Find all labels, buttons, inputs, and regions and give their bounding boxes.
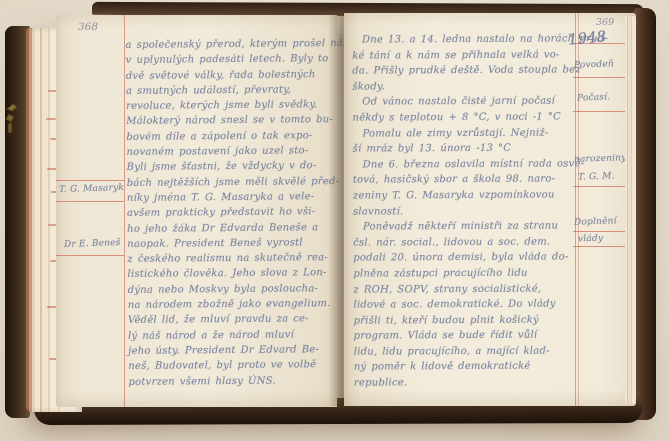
right-page: 369 1948 Povodeň Počasí. narozeniny T. G… (344, 13, 636, 406)
handwritten-line: novaném postavení jako uzel sto- (126, 143, 332, 160)
handwritten-line: dvě světové války, řada bolestných (126, 67, 332, 84)
handwritten-line: dýna nebo Moskvy byla posloucha- (128, 281, 334, 298)
margin-note-masaryk: T. G. Masaryk (59, 183, 124, 195)
handwritten-line: přišli ti, kteří budou plnit košický (354, 312, 576, 329)
handwritten-line: jeho ústy. President Dr Edvard Be- (128, 342, 334, 359)
margin-note-government-line2: vlády (578, 234, 604, 245)
handwritten-line: lý náš národ a že národ mluví (128, 327, 334, 344)
handwritten-line: Málokterý národ snesl se v tomto bu- (126, 113, 332, 130)
handwritten-line: naopak. President Beneš vyrostl (127, 235, 333, 252)
handwritten-line: někdy s teplotou + 8 °C, v noci -1 °C (352, 109, 574, 126)
handwritten-line: bách nejtěžších jsme měli skvělé před- (127, 174, 333, 191)
handwritten-line: republice. (354, 374, 576, 391)
handwritten-line: potvrzen všemi hlasy ÚNS. (128, 373, 334, 390)
left-page: 368 T. G. Masaryk Dr E. Beneš a společen… (56, 15, 337, 407)
handwritten-line: z českého realismu na skutečně rea- (127, 250, 333, 267)
handwritten-line: program. Vláda se bude řídit vůlí (354, 328, 576, 345)
handwritten-line: bovém díle a zápolení o tak expo- (126, 128, 332, 145)
red-ruling-tick (46, 118, 56, 120)
handwritten-line: a smutných událostí, převraty, (126, 82, 332, 99)
margin-section-line (56, 180, 124, 181)
right-page-text: Dne 13. a 14. ledna nastalo na horách pr… (352, 31, 576, 391)
handwritten-line: na národem zbožně jako evangelium. (128, 296, 334, 313)
handwritten-line: Od vánoc nastalo čisté jarní počasí (352, 94, 574, 111)
handwritten-line: ké tání a k nám se přihnala velká vo- (352, 47, 574, 64)
handwritten-line: Byli jsme šťastni, že vždycky v do- (127, 158, 333, 175)
handwritten-line: Dne 6. března oslavila místní rada osvě- (353, 156, 575, 173)
handwritten-line: níky jména T. G. Masaryka a vele- (127, 189, 333, 206)
handwritten-line: da. Přišly prudké deště. Voda stoupla be… (352, 63, 574, 80)
handwritten-line: avšem prakticky představit ho vši- (127, 204, 333, 221)
handwritten-line: listického člověka. Jeho slova z Lon- (127, 266, 333, 283)
handwritten-line: v uplynulých padesáti letech. Byly to (126, 51, 332, 68)
handwritten-line: ší mráz byl 13. února -13 °C (353, 141, 575, 158)
handwritten-line: zeniny T. G. Masaryka vzpomínkovou (353, 187, 575, 204)
margin-note-government-line1: Doplnění (574, 216, 617, 227)
margin-section-line (56, 201, 124, 202)
handwritten-line: slavností. (353, 203, 575, 220)
margin-section-line (56, 255, 124, 256)
handwritten-line: plněna zástupci pracujícího lidu (353, 265, 575, 282)
handwritten-line: Věděl lid, že mluví pravdu za ce- (128, 311, 334, 328)
handwritten-line: neš, Budovatel, byl proto ve volbě (128, 357, 334, 374)
margin-note-weather: Počasí. (577, 92, 611, 103)
book-cover-right-edge (634, 8, 656, 420)
handwritten-line: čsl. nár. social., lidovou a soc. dem. (353, 234, 575, 251)
left-page-text: a společenský přerod, kterým prošel nášv… (125, 36, 334, 390)
photo-open-chronicle-book: 368 T. G. Masaryk Dr E. Beneš a společen… (0, 0, 669, 441)
margin-note-benes: Dr E. Beneš (64, 238, 121, 250)
handwritten-line: ný poměr k lidově demokratické (354, 359, 576, 376)
handwritten-line: Poněvadž někteří ministři za stranu (353, 219, 575, 236)
metal-clasp-icon (3, 102, 19, 136)
handwritten-line: lidu, lidu pracujícího, a mající klad- (354, 343, 576, 360)
handwritten-line: a společenský přerod, kterým prošel náš (125, 36, 331, 53)
handwritten-line: ho jeho žáka Dr Edvarda Beneše a (127, 220, 333, 237)
handwritten-line: škody. (352, 78, 574, 95)
handwritten-line: lidové a soc. demokratické. Do vlády (353, 297, 575, 314)
handwritten-line: Pomalu ale zimy vzrůstají. Nejniž- (353, 125, 575, 142)
handwritten-line: z ROH, SOPV, strany socialistické, (353, 281, 575, 298)
margin-note-birthday-line2: T. G. M. (578, 171, 615, 182)
handwritten-line: tová, hasičský sbor a škola 98. naro- (353, 172, 575, 189)
handwritten-line: Dne 13. a 14. ledna nastalo na horách pr… (352, 31, 574, 48)
right-page-fore-edge (625, 16, 636, 404)
left-page-number: 368 (78, 21, 98, 33)
handwritten-line: revoluce, kterých jsme byli svědky. (126, 97, 332, 114)
handwritten-line: podali 20. února demisi, byla vláda do- (353, 250, 575, 267)
